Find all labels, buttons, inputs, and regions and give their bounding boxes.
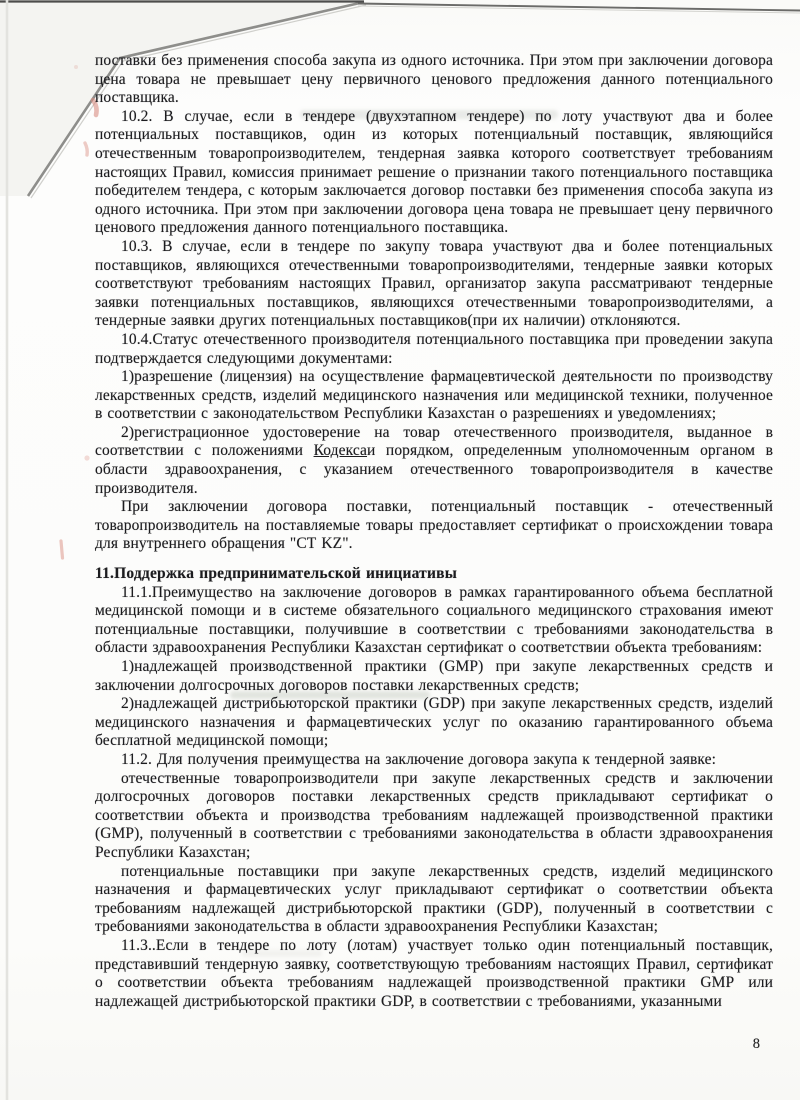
scan-edge-line-top bbox=[0, 2, 800, 14]
para-11-2-potential-suppliers: потенциальные поставщики при закупе лека… bbox=[95, 863, 773, 937]
para-11-2-domestic-producers: отечественные товаропроизводители при за… bbox=[95, 770, 773, 863]
para-10-2: 10.2. В случае, если в тендере (двухэтап… bbox=[95, 108, 773, 238]
scanned-document-page: поставки без применения способа закупа и… bbox=[0, 0, 800, 1100]
page-number: 8 bbox=[753, 1036, 760, 1053]
kodeks-underlined-reference: Кодекса bbox=[314, 442, 367, 459]
para-10-4-item-1: 1)разрешение (лицензия) на осуществление… bbox=[95, 368, 773, 424]
para-11-1-item-1: 1)надлежащей производственной практики (… bbox=[95, 658, 773, 695]
para-10-4: 10.4.Статус отечественного производителя… bbox=[95, 331, 773, 368]
para-10-4-closing: При заключении договора поставки, потенц… bbox=[95, 498, 773, 554]
document-body: поставки без применения способа закупа и… bbox=[95, 52, 773, 1011]
para-10-4-item-2: 2)регистрационное удостоверение на товар… bbox=[95, 424, 773, 498]
ink-smudge-marks bbox=[61, 65, 97, 558]
para-10-1-continuation: поставки без применения способа закупа и… bbox=[95, 52, 773, 108]
para-11-3: 11.3..Если в тендере по лоту (лотам) уча… bbox=[95, 937, 773, 1011]
para-11-1-item-2: 2)надлежащей дистрибьюторской практики (… bbox=[95, 695, 773, 751]
para-11-1: 11.1.Преимущество на заключение договоро… bbox=[95, 584, 773, 658]
para-10-3: 10.3. В случае, если в тендере по закупу… bbox=[95, 238, 773, 331]
para-11-2: 11.2. Для получения преимущества на закл… bbox=[95, 751, 773, 770]
heading-section-11: 11.Поддержка предпринимательской инициат… bbox=[95, 565, 773, 584]
